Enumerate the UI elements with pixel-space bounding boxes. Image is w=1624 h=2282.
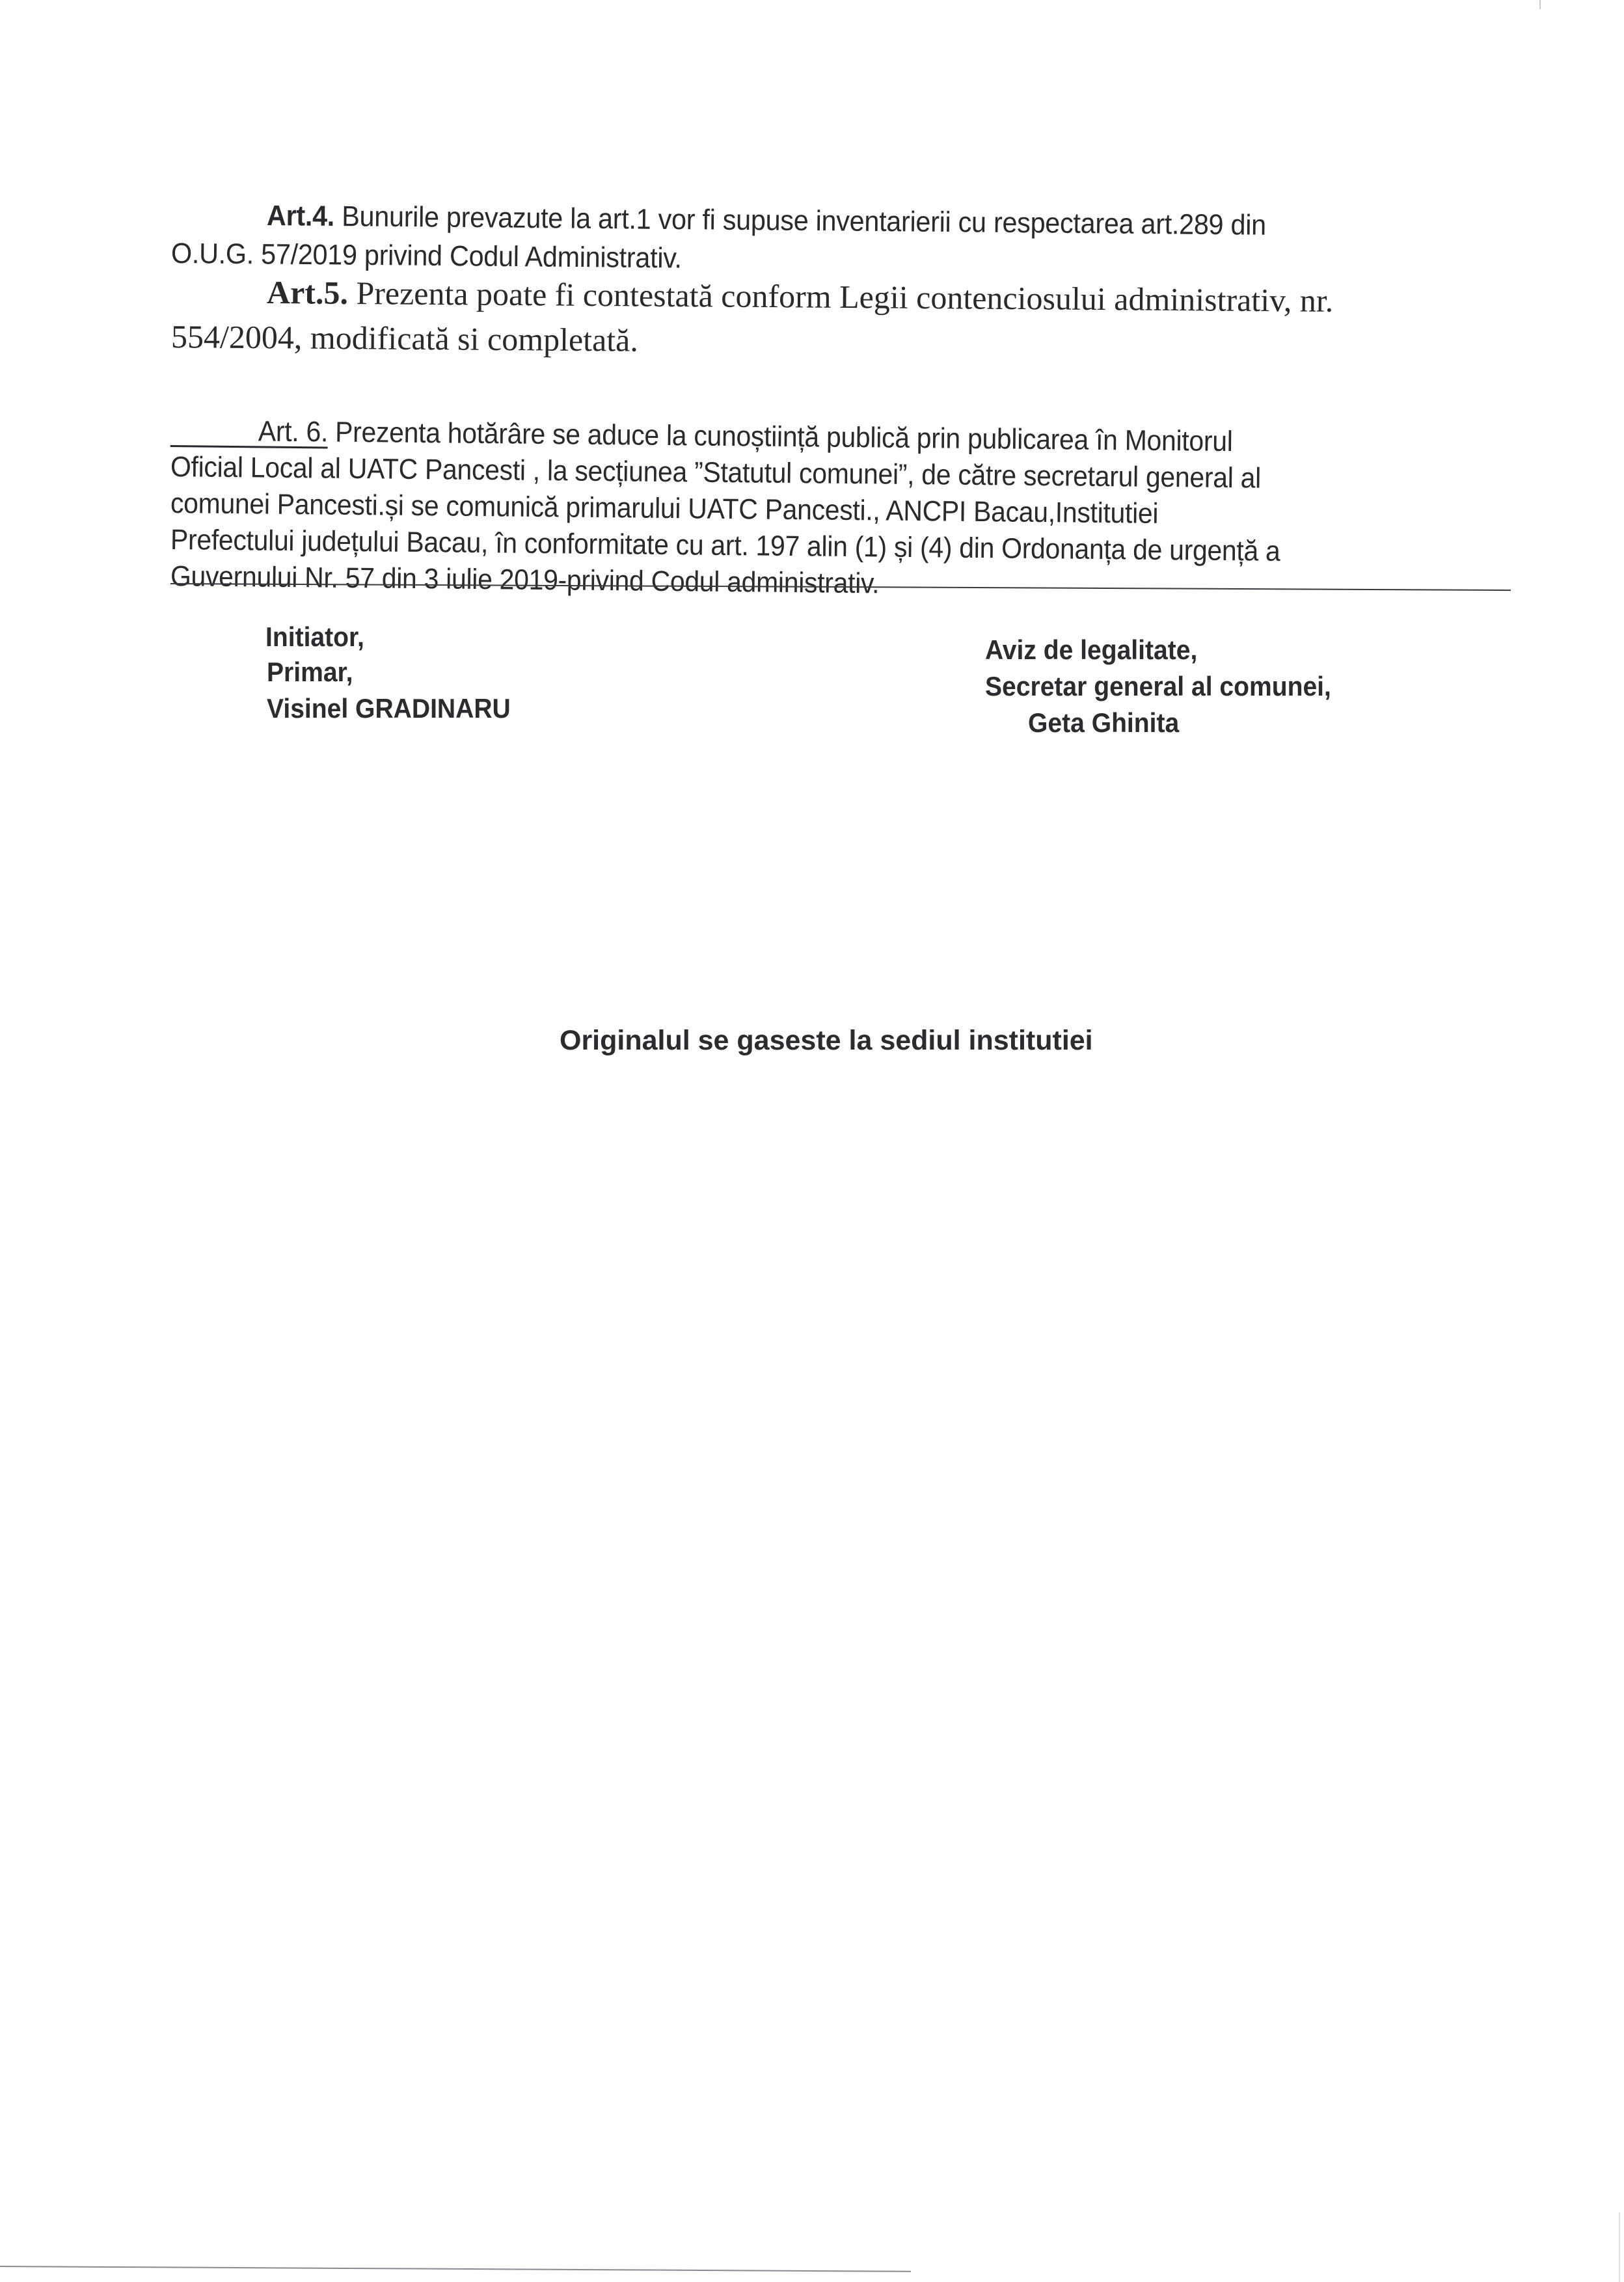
signature-left-role: Initiator, <box>265 623 364 651</box>
scan-artifact-right-edge <box>1619 2212 1620 2282</box>
article-6-line-3: comunei Pancesti.și se comunică primarul… <box>170 489 1159 528</box>
signature-right-role: Aviz de legalitate, <box>985 636 1197 664</box>
article-6-text: Prezenta hotărâre se aduce la cunoștiinț… <box>328 416 1233 458</box>
signature-left-name: Visinel GRADINARU <box>267 695 511 722</box>
article-5-line-2: 554/2004, modificată si completată. <box>171 320 638 357</box>
article-4-label: Art.4. <box>267 200 334 232</box>
signature-right-name: Geta Ghinita <box>1028 709 1179 737</box>
article-4-line-2: O.U.G. 57/2019 privind Codul Administrat… <box>171 239 682 273</box>
article-6-line-5: Guvernului Nr. 57 din 3 iulie 2019-privi… <box>170 562 880 598</box>
signature-left-title: Primar, <box>267 659 353 686</box>
article-4-text: Bunurile prevazute la art.1 vor fi supus… <box>334 200 1266 241</box>
article-4-line-1: Art.4. Bunurile prevazute la art.1 vor f… <box>267 202 1266 240</box>
article-5-text: Prezenta poate fi contestată conform Leg… <box>348 275 1334 319</box>
article-6-line-4: Prefectului județului Bacau, în conformi… <box>170 526 1280 566</box>
scan-artifact-bottom-edge <box>0 2266 911 2272</box>
article-6-line-1: Art. 6. Prezenta hotărâre se aduce la cu… <box>170 416 1233 458</box>
original-location-note: Originalul se gaseste la sediul institut… <box>560 1027 1093 1055</box>
article-6-label: Art. 6. <box>170 416 329 449</box>
signature-right-title: Secretar general al comunei, <box>985 673 1331 700</box>
scan-artifact-top-mark <box>1539 0 1541 9</box>
article-5-line-1: Art.5. Prezenta poate fi contestată conf… <box>267 276 1334 317</box>
article-6-line-2: Oficial Local al UATC Pancesti , la secț… <box>170 453 1261 493</box>
article-5-label: Art.5. <box>267 274 348 311</box>
scanned-document-page: Art.4. Bunurile prevazute la art.1 vor f… <box>0 0 1624 2282</box>
